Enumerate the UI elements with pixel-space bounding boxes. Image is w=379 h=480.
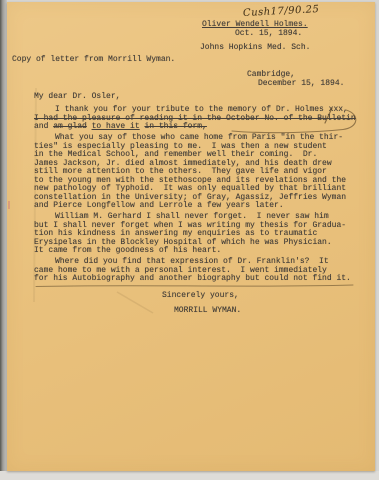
letter-paragraph: I thank you for your tribute to the memo…: [34, 106, 356, 132]
letter-line: It came from the goodness of his heart.: [34, 247, 356, 256]
fold-crease-diagonal: [117, 292, 153, 313]
letter-signature: MORRILL WYMAN.: [174, 307, 241, 316]
letter-line: for his Autobiography and another biogra…: [34, 275, 356, 284]
scan-bottom-edge: [0, 471, 379, 480]
scanned-letter-page: Cush17/90.25 Oliver Wendell Holmes. Oct.…: [0, 0, 379, 480]
letter-paragraph: What you say of those who came home from…: [34, 134, 356, 211]
letter-line: and Pierce Longfellow and Lerrole a few …: [34, 202, 356, 211]
letter-salutation: My dear Dr. Osler,: [34, 93, 120, 102]
letter-date: December 15, 1894.: [258, 80, 344, 89]
copy-note: Copy of letter from Morrill Wyman.: [12, 56, 175, 65]
letter-closing: Sincerely yours,: [162, 292, 239, 301]
letter-paper: Cush17/90.25 Oliver Wendell Holmes. Oct.…: [7, 2, 375, 471]
letter-body: I thank you for your tribute to the memo…: [34, 106, 356, 286]
scan-left-edge: [0, 0, 7, 480]
letter-paragraph: William M. Gerhard I shall never forget.…: [34, 213, 356, 256]
header-subject-date: Oct. 15, 1894.: [235, 30, 302, 39]
catalog-annotation: Cush17/90.25: [243, 4, 320, 19]
letter-paragraph: Where did you find that expression of Dr…: [34, 258, 356, 284]
header-institution: Johns Hopkins Med. Sch.: [200, 44, 310, 53]
letter-line: and am glad to have it in this form,: [34, 123, 356, 132]
